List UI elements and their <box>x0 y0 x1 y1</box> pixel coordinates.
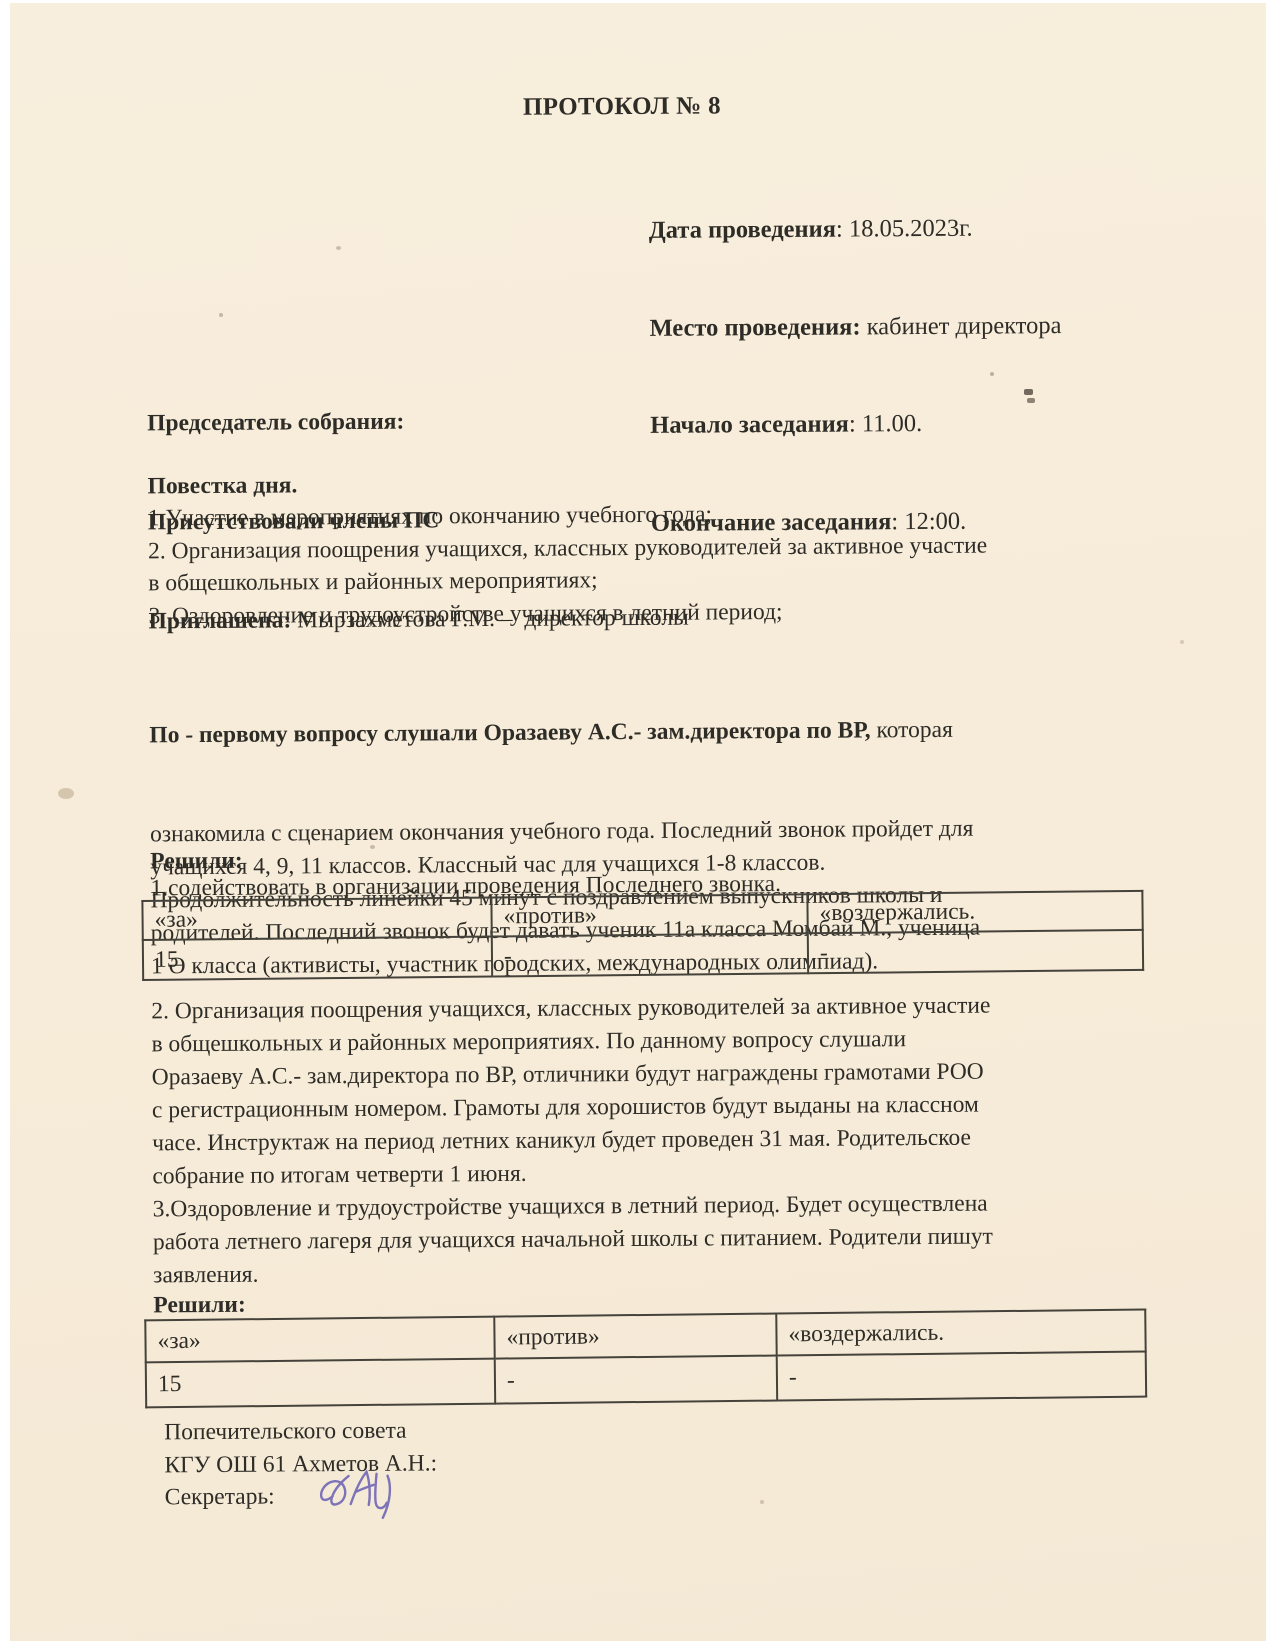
resolution2-heading: Решили: <box>153 1289 246 1323</box>
vote-header-vozderzhalis: «воздержались. <box>776 1310 1145 1356</box>
vote-protiv-count: - <box>492 933 808 976</box>
question1-lead-bold: По - первому вопросу слушали Оразаеву А.… <box>149 717 870 748</box>
text-line: ознакомила с сценарием окончания учебног… <box>150 813 980 852</box>
vote-vozderzhalis-count: - <box>808 930 1143 973</box>
body2-paragraph: 2. Организация поощрения учащихся, класс… <box>151 990 993 1293</box>
meta-row-date: Дата проведения: 18.05.2023г. <box>649 212 1061 247</box>
question1-lead-tail: которая <box>871 717 953 744</box>
meta-value: : 11.00. <box>849 410 922 438</box>
text-line: 3. Оздоровление и трудоустройстве учащих… <box>148 594 987 632</box>
vote-protiv-count: - <box>495 1356 777 1404</box>
vote-table-2: «за» «против» «воздержались. 15 - - <box>144 1309 1147 1409</box>
question1-paragraph: По - первому вопросу слушали Оразаеву А.… <box>149 648 981 1050</box>
meta-row-place: Место проведения: кабинет директора <box>649 310 1061 345</box>
document-content: ПРОТОКОЛ № 8 Дата проведения: 18.05.2023… <box>0 0 1274 1649</box>
vote-vozderzhalis-count: - <box>777 1352 1146 1401</box>
chairman-line: Председатель собрания: <box>147 404 687 441</box>
text-line: 2. Организация поощрения учащихся, класс… <box>148 529 987 567</box>
meta-row-start: Начало заседания: 11.00. <box>650 407 1062 442</box>
vote-za-count: 15 <box>146 1359 495 1408</box>
vote-header-protiv: «против» <box>491 894 807 936</box>
vote-header-za: «за» <box>145 1317 494 1363</box>
text-line: заявления. <box>153 1254 993 1293</box>
vote-header-za: «за» <box>142 897 491 940</box>
text-line: Попечительского совета <box>164 1414 437 1448</box>
agenda-heading: Повестка дня. <box>148 469 298 503</box>
text-line: работа летнего лагеря для учащихся начал… <box>153 1221 993 1260</box>
secretary-signature-icon <box>310 1450 411 1523</box>
scanned-protocol-page: { "document": { "title": "ПРОТОКОЛ № 8",… <box>0 0 1274 1649</box>
meta-value: кабинет директора <box>860 312 1061 340</box>
document-title: ПРОТОКОЛ № 8 <box>523 89 721 123</box>
vote-header-vozderzhalis: «воздержались. <box>807 891 1142 933</box>
vote-table-1: «за» «против» «воздержались. 15 - - <box>141 890 1144 981</box>
agenda-list: 1.Участие в мероприятиях по окончанию уч… <box>148 497 988 633</box>
vote-table-2-data-row: 15 - - <box>146 1352 1146 1408</box>
vote-za-count: 15 <box>143 936 492 980</box>
vote-header-protiv: «против» <box>494 1314 776 1359</box>
text-line: часе. Инструктаж на период летних канику… <box>152 1122 992 1161</box>
question1-lead-line: По - первому вопросу слушали Оразаеву А.… <box>149 714 979 753</box>
meta-value: : 18.05.2023г. <box>836 215 973 243</box>
meta-label: Дата проведения <box>649 216 836 244</box>
